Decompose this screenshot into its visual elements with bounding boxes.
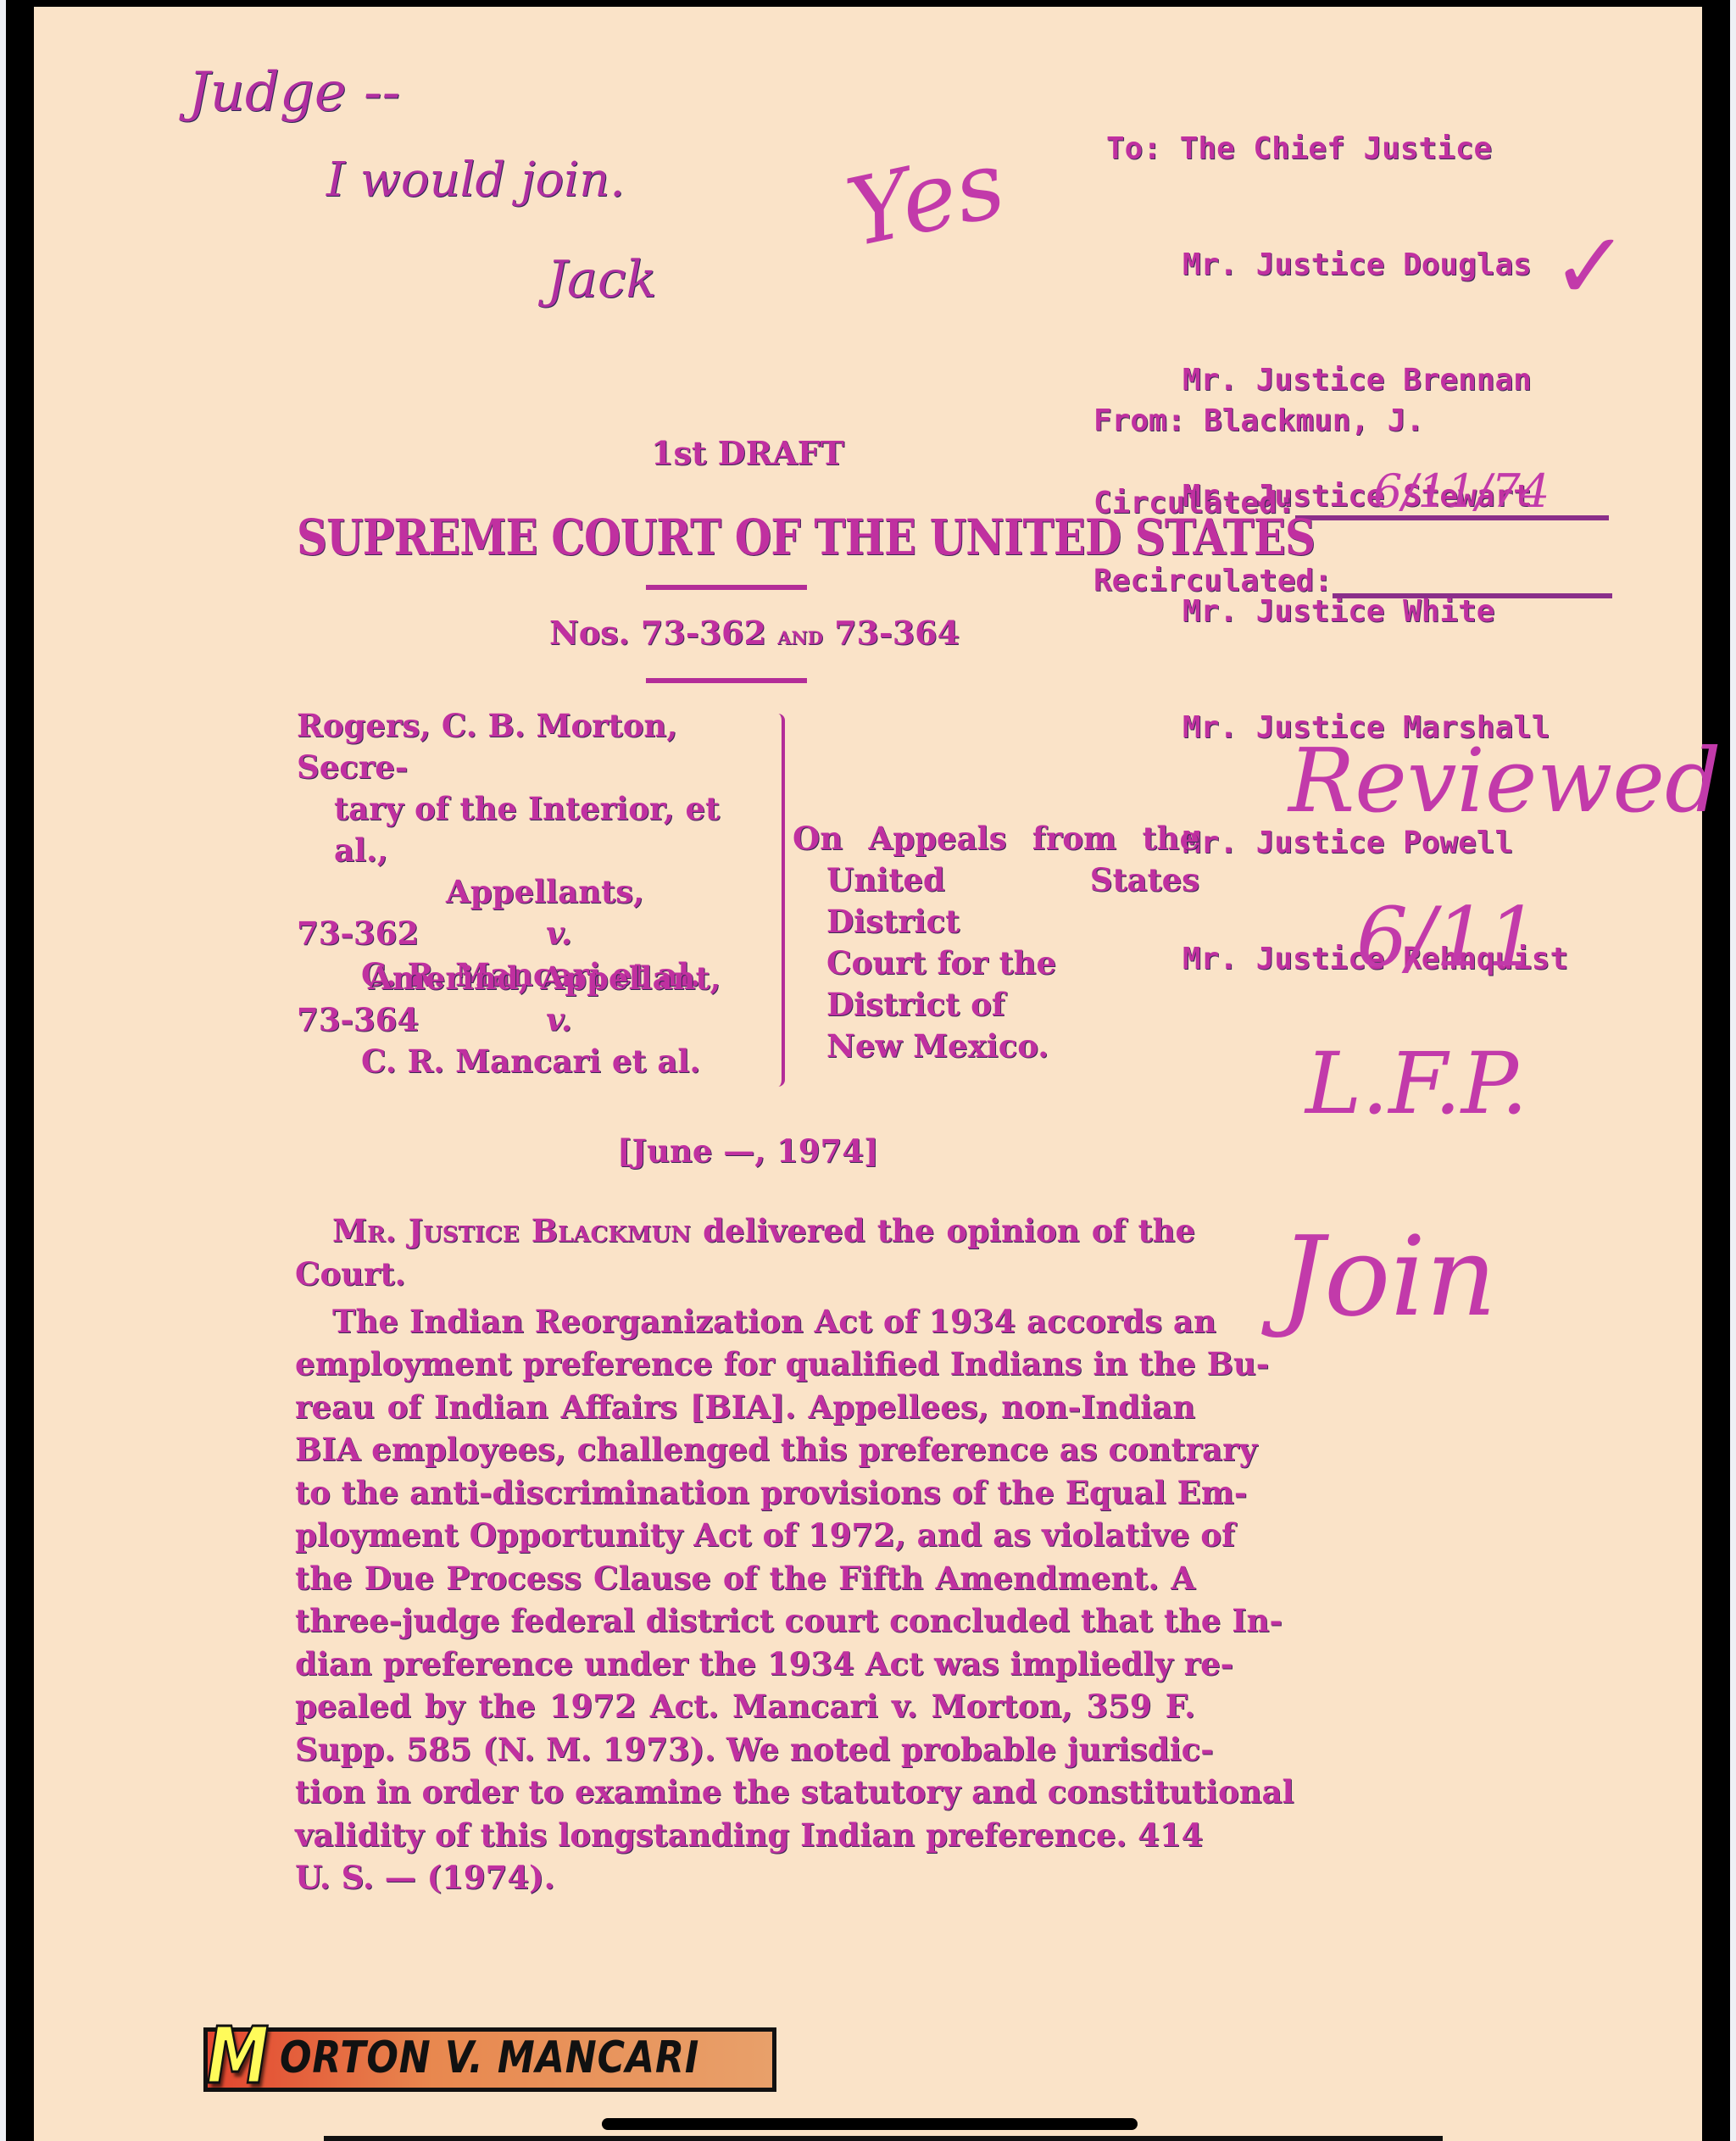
handwritten-note-signature: Jack xyxy=(547,250,657,309)
case-number: 73-364 xyxy=(297,1001,419,1038)
handwritten-reviewed-date: 6/11 xyxy=(1356,890,1539,985)
paragraph-line: to the anti-discrimination provisions of… xyxy=(295,1471,1195,1515)
home-indicator[interactable] xyxy=(602,2118,1138,2130)
paragraph-line: reau of Indian Affairs [BIA]. Appellees,… xyxy=(295,1386,1195,1429)
distribution-to: To: The Chief Justice xyxy=(1106,130,1568,169)
case-number-row: 73-364v. xyxy=(297,999,771,1041)
handwritten-note-line-1: Judge -- xyxy=(188,61,400,124)
versus: v. xyxy=(546,915,572,952)
banner-title: ORTON V. MANCARI xyxy=(280,2033,699,2083)
handwritten-reviewed: Reviewed xyxy=(1288,729,1722,832)
banner-initial: M xyxy=(207,2010,269,2101)
divider xyxy=(646,678,807,683)
paragraph-line: validity of this longstanding Indian pre… xyxy=(295,1814,1195,1857)
recirculated-label: Recirculated: xyxy=(1093,564,1333,598)
docket-numbers: Nos. 73-362 and 73-364 xyxy=(549,614,960,652)
appellee: C. R. Mancari et al. xyxy=(297,1041,771,1082)
divider xyxy=(646,585,807,590)
opinion-intro-end: Court. xyxy=(295,1253,1195,1300)
paragraph-line: The Indian Reorganization Act of 1934 ac… xyxy=(295,1300,1195,1343)
intro-text: delivered the opinion of the xyxy=(691,1212,1195,1249)
paragraph-line: tion in order to examine the statutory a… xyxy=(295,1771,1195,1814)
appeal-line: On Appeals from the xyxy=(793,818,1199,859)
handwritten-join: Join xyxy=(1280,1212,1497,1341)
handwritten-initials: L.F.P. xyxy=(1305,1034,1528,1133)
opinion-date: [June —, 1974] xyxy=(617,1132,878,1170)
circulated-date-handwritten: 6/11/74 xyxy=(1373,464,1550,518)
paragraph-line: three-judge federal district court concl… xyxy=(295,1599,1195,1643)
appeal-line: New Mexico. xyxy=(793,1026,1199,1067)
paragraph-line: U. S. — (1974). xyxy=(295,1856,1195,1899)
paragraph-line: pealed by the 1972 Act. Mancari v. Morto… xyxy=(295,1685,1195,1728)
case-number-row: 73-362v. xyxy=(297,913,771,954)
appeal-origin: On Appeals from the United States Distri… xyxy=(793,818,1199,1067)
case-number: 73-362 xyxy=(297,915,419,952)
recipient: Mr. Justice Brennan xyxy=(1106,361,1568,400)
case-caption-1: Rogers, C. B. Morton, Secre- tary of the… xyxy=(297,705,771,996)
paragraph-line: the Due Process Clause of the Fifth Amen… xyxy=(295,1557,1195,1600)
note-text: I would join. xyxy=(326,153,625,208)
party: Appellants, xyxy=(297,871,771,913)
court-name: SUPREME COURT OF THE UNITED STATES xyxy=(297,509,1315,566)
recipient: The Chief Justice xyxy=(1180,131,1492,166)
case-caption-2: Amerind, Appellant, 73-364v. C. R. Manca… xyxy=(297,958,771,1082)
paragraph-line: BIA employees, challenged this preferenc… xyxy=(295,1428,1195,1471)
docket-and: and xyxy=(777,621,823,651)
opinion-paragraph: The Indian Reorganization Act of 1934 ac… xyxy=(295,1300,1195,1899)
handwritten-note-line-2: I would join. xyxy=(326,153,625,208)
party: Rogers, C. B. Morton, Secre- xyxy=(297,705,771,788)
party: Amerind, Appellant, xyxy=(297,958,771,999)
recipient: Mr. Justice Douglas xyxy=(1106,246,1568,285)
opinion-body: Mr. Justice Blackmun delivered the opini… xyxy=(295,1210,1195,1899)
appeal-line: United States District xyxy=(793,859,1199,943)
paragraph-line: dian preference under the 1934 Act was i… xyxy=(295,1643,1195,1686)
appeal-line: Court for the District of xyxy=(793,943,1199,1026)
check-mark-icon: ✓ xyxy=(1551,212,1629,320)
from-line: From: Blackmun, J. xyxy=(1093,403,1424,438)
paragraph-line: employment preference for qualified Indi… xyxy=(295,1343,1195,1386)
to-label: To: xyxy=(1106,131,1161,166)
docket-1: Nos. 73-362 xyxy=(549,614,766,652)
versus: v. xyxy=(546,1001,572,1038)
docket-2: 73-364 xyxy=(834,614,960,652)
paragraph-line: ployment Opportunity Act of 1972, and as… xyxy=(295,1514,1195,1557)
bottom-divider xyxy=(324,2136,1443,2141)
caption-bracket xyxy=(773,714,785,1087)
opinion-intro: Mr. Justice Blackmun delivered the opini… xyxy=(295,1210,1195,1253)
author: Mr. Justice Blackmun xyxy=(332,1212,691,1249)
party: tary of the Interior, et al., xyxy=(297,788,771,871)
draft-label: 1st DRAFT xyxy=(651,434,844,472)
paragraph-line: Supp. 585 (N. M. 1973). We noted probabl… xyxy=(295,1728,1195,1771)
